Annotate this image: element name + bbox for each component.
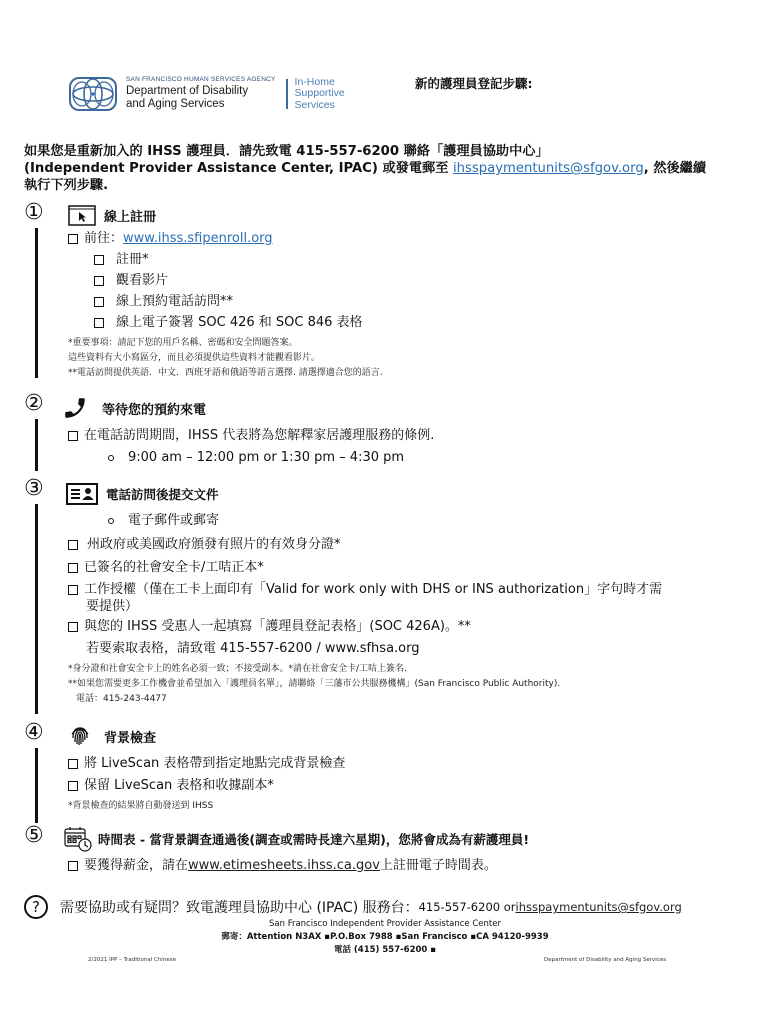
footer-left: 2/2021 IPP – Traditional Chinese — [88, 957, 176, 963]
step-2-heading: 等待您的預約來電 — [62, 395, 206, 421]
step-3-title: 電話訪問後提交文件 — [106, 485, 219, 503]
step-number-4: ④ — [24, 722, 44, 744]
checkbox[interactable] — [94, 318, 104, 328]
step-2-item: 在電話訪問期間，IHSS 代表將為您解釋家居護理服務的條例. — [68, 426, 434, 446]
item-label: 已簽名的社會安全卡/工咭正本* — [84, 558, 264, 578]
program-name: In-Home Supportive Services — [295, 77, 345, 112]
step-3-heading: 電話訪問後提交文件 — [66, 483, 219, 505]
step-3-item-continued: 要提供） — [86, 597, 138, 617]
note-line: 電話：415-243-4477 — [68, 692, 560, 707]
step-4-title: 背景檢查 — [104, 727, 156, 746]
department-line-1: Department of Disability — [126, 86, 276, 98]
etimesheets-link[interactable]: www.etimesheets.ihss.ca.gov — [188, 856, 380, 876]
contact-phone: 電話 (415) 557-6200 ▪ — [0, 944, 770, 957]
step-1-notes: *重要事項：請記下您的用戶名稱、密碼和安全問題答案。 這些資料有大小寫區分，而且… — [68, 336, 383, 381]
intro-line-2: (Independent Provider Assistance Center,… — [24, 160, 744, 177]
step-5-heading: 時間表 - 當背景調查通過後(調查或需時長達六星期)，您將會成為有薪護理員! — [64, 826, 529, 852]
agency-name-small: SAN FRANCISCO HUMAN SERVICES AGENCY — [126, 77, 276, 84]
step-1-goto-item: 前往： www.ihss.sfipenroll.org — [68, 229, 273, 249]
help-phone: 415-557-6200 or — [419, 900, 516, 914]
hours-label: 9:00 am – 12:00 pm or 1:30 pm – 4:30 pm — [128, 448, 404, 468]
checkbox[interactable] — [68, 622, 78, 632]
phone-icon — [62, 395, 88, 421]
question-icon: ? — [24, 895, 48, 919]
checkbox[interactable] — [94, 297, 104, 307]
checkbox[interactable] — [68, 234, 78, 244]
logo-divider — [286, 79, 288, 109]
step-1-heading: 線上註冊 — [68, 204, 156, 226]
step-4-item: 保留 LiveScan 表格和收據副本* — [68, 776, 274, 796]
method-label: 電子郵件或郵寄 — [128, 511, 219, 531]
intro-text-3: , 然後繼續 — [644, 161, 706, 176]
step-1-subitem: 線上預約電話訪問** — [94, 292, 233, 312]
step-1-subitem: 觀看影片 — [94, 271, 168, 291]
checkbox[interactable] — [68, 781, 78, 791]
checkbox[interactable] — [68, 861, 78, 871]
step-5-item: 要獲得薪金，請在 www.etimesheets.ihss.ca.gov 上註冊… — [68, 856, 497, 876]
note-line: 這些資料有大小寫區分，而且必須提供這些資料才能觀看影片。 — [68, 351, 383, 366]
step-number-2: ② — [24, 393, 44, 415]
step-3-item: 州政府或美國政府頒發有照片的有效身分證* — [68, 535, 341, 555]
note-line: **電話訪問提供英語．中文．西班牙語和俄語等語言選擇. 請選擇適合您的語言. — [68, 366, 383, 381]
note-line: *身分證和社會安全卡上的姓名必須一致；不接受副本。*請在社會安全卡/工咭上簽名. — [68, 662, 560, 677]
item-label: 在電話訪問期間，IHSS 代表將為您解釋家居護理服務的條例. — [84, 426, 434, 446]
intro-line-3: 執行下列步驟. — [24, 177, 744, 194]
document-title: 新的護理員登記步驟: — [415, 74, 533, 92]
intro-paragraph: 如果您是重新加入的 IHSS 護理員．請先致電 415-557-6200 聯絡「… — [24, 143, 744, 194]
checkbox[interactable] — [68, 759, 78, 769]
goto-label: 前往： — [84, 229, 123, 249]
note-line: **如果您需要更多工作機會並希望加入「護理員名單」，請聯絡「三藩市公共服務機構」… — [68, 677, 560, 692]
cursor-window-icon — [68, 204, 96, 226]
program-line-3: Services — [295, 100, 345, 112]
subitem-label: 線上電子簽署 SOC 426 和 SOC 846 表格 — [116, 313, 363, 333]
step-4-note: *背景檢查的結果將自動發送到 IHSS — [68, 799, 213, 814]
checkbox[interactable] — [68, 540, 78, 550]
step-connector-1 — [35, 228, 38, 378]
subitem-label: 註冊* — [116, 250, 149, 270]
checkbox[interactable] — [68, 585, 78, 595]
item-label: 州政府或美國政府頒發有照片的有效身分證* — [87, 535, 341, 555]
form-request-line: 若要索取表格，請致電 415-557-6200 / www.sfhsa.org — [86, 639, 420, 659]
center-name: San Francisco Independent Provider Assis… — [0, 918, 770, 931]
item-label: 將 LiveScan 表格帶到指定地點完成背景檢查 — [84, 754, 345, 774]
step-connector-3 — [35, 504, 38, 714]
help-email-link[interactable]: ihsspaymentunits@sfgov.org — [516, 900, 682, 914]
id-card-icon — [66, 483, 98, 505]
department-line-2: and Aging Services — [126, 99, 276, 111]
intro-text-2: (Independent Provider Assistance Center,… — [24, 161, 453, 176]
agency-logo: SAN FRANCISCO HUMAN SERVICES AGENCY Depa… — [68, 76, 345, 112]
mailing-address: 郵寄：Attention N3AX ▪P.O.Box 7988 ▪San Fra… — [0, 931, 770, 944]
footer-right: Department of Disability and Aging Servi… — [544, 957, 666, 963]
step-4-heading: 背景檢查 — [68, 724, 156, 748]
step-number-1: ① — [24, 202, 44, 224]
step-1-subitem: 註冊* — [94, 250, 149, 270]
enroll-link[interactable]: www.ihss.sfipenroll.org — [123, 229, 273, 249]
checkbox[interactable] — [94, 276, 104, 286]
bullet-icon — [108, 518, 114, 524]
subitem-label: 觀看影片 — [116, 271, 168, 291]
step-number-5: ⑤ — [24, 825, 44, 847]
checkbox[interactable] — [94, 255, 104, 265]
step-number-3: ③ — [24, 478, 44, 500]
ipac-email-link[interactable]: ihsspaymentunits@sfgov.org — [453, 161, 644, 176]
calendar-clock-icon — [64, 826, 92, 852]
checkbox[interactable] — [68, 563, 78, 573]
logo-mark-icon — [68, 76, 118, 112]
step-1-title: 線上註冊 — [104, 206, 156, 225]
bullet-icon — [108, 455, 114, 461]
checkbox[interactable] — [68, 431, 78, 441]
step-2-title: 等待您的預約來電 — [102, 399, 206, 418]
step-1-subitem: 線上電子簽署 SOC 426 和 SOC 846 表格 — [94, 313, 363, 333]
step-3-notes: *身分證和社會安全卡上的姓名必須一致；不接受副本。*請在社會安全卡/工咭上簽名.… — [68, 662, 560, 707]
step-3-item: 與您的 IHSS 受惠人一起填寫「護理員登記表格」(SOC 426A)。** — [68, 617, 471, 637]
step-connector-4 — [35, 748, 38, 823]
help-line: ? 需要協助或有疑問？致電護理員協助中心 (IPAC) 服務台： 415-557… — [24, 895, 682, 919]
subitem-label: 線上預約電話訪問** — [116, 292, 233, 312]
step-4-item: 將 LiveScan 表格帶到指定地點完成背景檢查 — [68, 754, 345, 774]
step-3-method: 電子郵件或郵寄 — [108, 511, 219, 531]
step-2-hours: 9:00 am – 12:00 pm or 1:30 pm – 4:30 pm — [108, 448, 404, 468]
item-label: 工作授權（僅在工卡上面印有「Valid for work only with D… — [84, 580, 662, 600]
intro-line-1: 如果您是重新加入的 IHSS 護理員．請先致電 415-557-6200 聯絡「… — [24, 143, 744, 160]
note-line: *重要事項：請記下您的用戶名稱、密碼和安全問題答案。 — [68, 336, 383, 351]
fingerprint-icon — [68, 724, 92, 748]
item-label: 保留 LiveScan 表格和收據副本* — [84, 776, 274, 796]
item-label: 與您的 IHSS 受惠人一起填寫「護理員登記表格」(SOC 426A)。** — [84, 617, 471, 637]
step-3-item: 工作授權（僅在工卡上面印有「Valid for work only with D… — [68, 580, 662, 600]
step-5-title: 時間表 - 當背景調查通過後(調查或需時長達六星期)，您將會成為有薪護理員! — [98, 830, 529, 848]
item-text-before: 要獲得薪金，請在 — [84, 856, 188, 876]
step-connector-2 — [35, 419, 38, 471]
item-text-after: 上註冊電子時間表。 — [380, 856, 497, 876]
help-text: 需要協助或有疑問？致電護理員協助中心 (IPAC) 服務台： — [60, 897, 419, 917]
step-3-item: 已簽名的社會安全卡/工咭正本* — [68, 558, 264, 578]
